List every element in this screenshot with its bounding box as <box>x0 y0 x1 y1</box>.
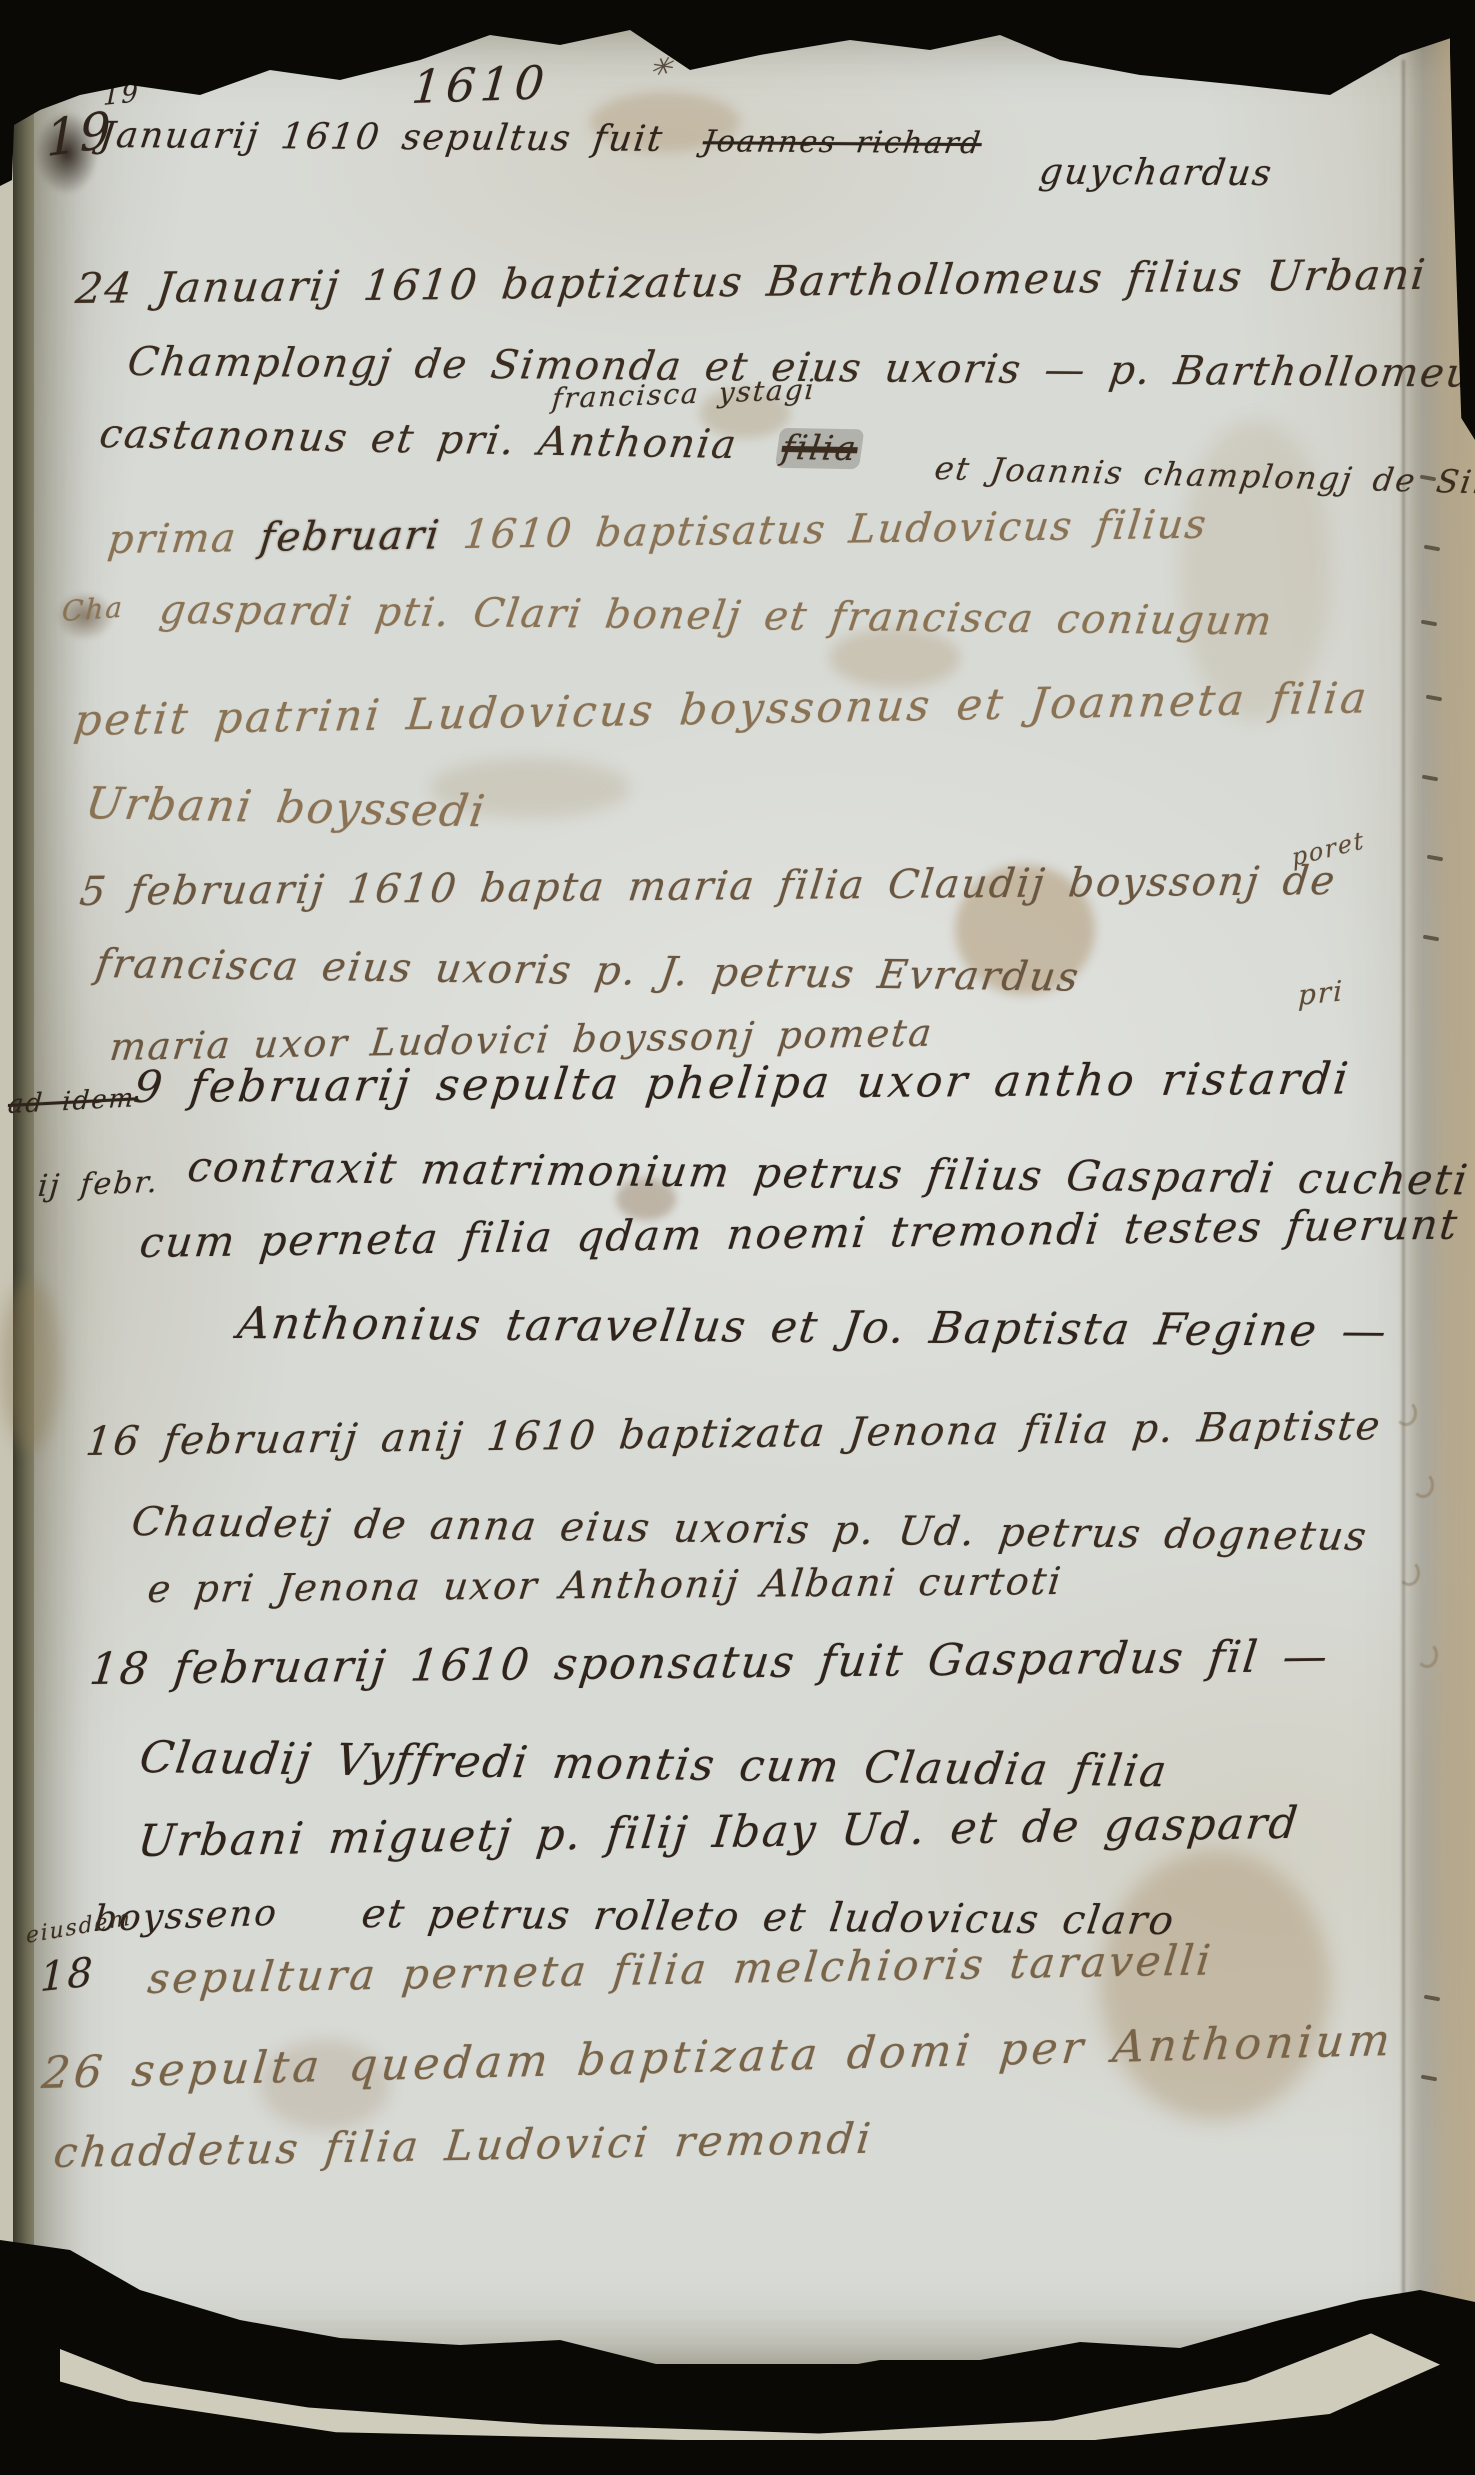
bleedthrough-mark <box>1416 1642 1438 1668</box>
entry-3-overwritten-month: februari <box>257 512 465 561</box>
entry-2-struck-word: filia <box>775 428 864 469</box>
entry-3-margin-blot-word: Cha <box>61 594 124 627</box>
photograph-of-manuscript: 1610 ✳ 19 19 Januarij 1610 sepultus fuit… <box>0 0 1475 2475</box>
entry-3-line-4: Urbani boyssedi <box>83 782 489 834</box>
entry-1-text-end: guychardus <box>1037 152 1276 195</box>
entry-1-text: Januarij 1610 sepultus fuit <box>97 115 666 160</box>
entry-8-line-4b: et petrus rolleto et ludovicus claro <box>359 1894 1177 1941</box>
entry-4-side-note: pri <box>1298 977 1345 1010</box>
entry-5-line-1: 9 februarij sepulta phelipa uxor antho r… <box>131 1057 1353 1110</box>
entry-1-struck-name: Joannes richard <box>701 124 984 161</box>
entry-6-line-3: Anthonius taravellus et Jo. Baptista Feg… <box>235 1302 1391 1354</box>
entry-6-margin-day: ij febr. <box>37 1168 161 1202</box>
entry-5-margin-note-struck: ad idem <box>7 1085 136 1118</box>
entry-9-day: 18 <box>40 1952 95 1998</box>
entry-8-line-1: 18 februarij 1610 sponsatus fuit Gaspard… <box>88 1635 1332 1692</box>
entry-3-line-2: gaspardi pti. Clari bonelj et francisca … <box>157 590 1276 642</box>
entry-3-day-word: prima <box>105 515 262 563</box>
entry-7-line-3: e pri Jenona uxor Anthonij Albani curtot… <box>146 1562 1065 1608</box>
bleedthrough-mark <box>1398 1560 1420 1586</box>
bleedthrough-mark <box>1395 1400 1417 1426</box>
entry-4-line-1: 5 februarij 1610 bapta maria filia Claud… <box>78 861 1339 912</box>
year-heading: 1610 <box>410 59 551 110</box>
entry-1-line: Januarij 1610 sepultus fuit Joannes rich… <box>98 118 1279 162</box>
bleedthrough-mark <box>1412 1472 1434 1498</box>
